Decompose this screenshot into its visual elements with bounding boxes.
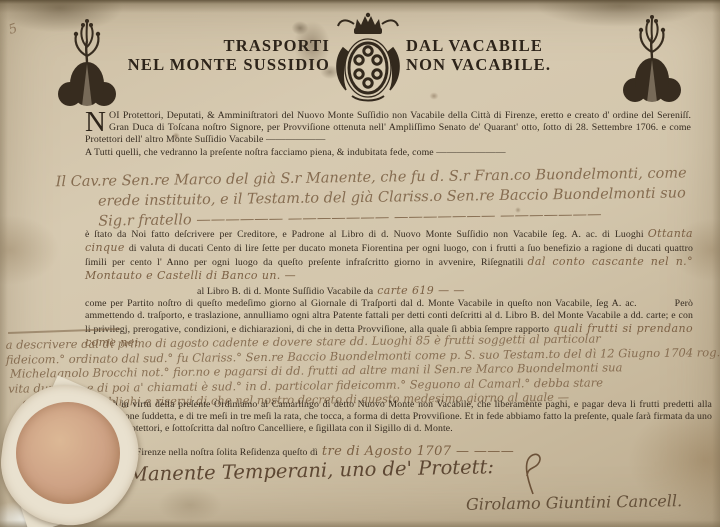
corner-mark: 5 xyxy=(7,21,20,38)
attest-line: A Tutti quelli, che vedranno la preſente… xyxy=(85,147,691,159)
closing-text: Che però in virtù della preſente Ordinia… xyxy=(80,399,712,434)
paper-seal xyxy=(2,386,138,525)
preamble-paragraph: NOI Protettori, Deputati, & Amminiſtrato… xyxy=(85,110,691,160)
grantee-manuscript: Il Cav.re Sen.re Marco del già S.r Manen… xyxy=(32,163,683,232)
chancellor-signature: Girolamo Giuntini Cancell. xyxy=(466,491,682,514)
dropcap-N: N xyxy=(85,111,106,134)
title-line2-left: NEL MONTE SUSSIDIO xyxy=(90,55,330,75)
monte-ornament-right-icon xyxy=(622,12,682,104)
title-line2-right: NON VACABILE. xyxy=(406,55,551,75)
libro-line: al Libro B. di d. Monte Suſſidio Vacabil… xyxy=(197,284,693,298)
libro-printed: al Libro B. di d. Monte Suſſidio Vacabil… xyxy=(197,286,373,297)
hw-insert-carte: carte 619 — — xyxy=(377,284,465,297)
title-line1-left: TRASPORTI xyxy=(140,36,330,56)
closing-paragraph: Che però in virtù della preſente Ordinia… xyxy=(80,399,712,435)
body-printed-c: come per Partito noſtro di queſto medeſi… xyxy=(85,298,637,309)
medici-coat-of-arms-icon xyxy=(330,12,406,108)
seal-impression xyxy=(16,402,120,504)
title-line1-right: DAL VACABILE xyxy=(406,36,543,56)
signature-flourish-icon xyxy=(505,452,555,496)
preamble-text: OI Protettori, Deputati, & Amminiſtrator… xyxy=(85,110,691,145)
body-printed-a: è ſtato da Noi fatto deſcrivere per Cred… xyxy=(85,229,644,240)
document-page: 5 xyxy=(0,0,720,527)
